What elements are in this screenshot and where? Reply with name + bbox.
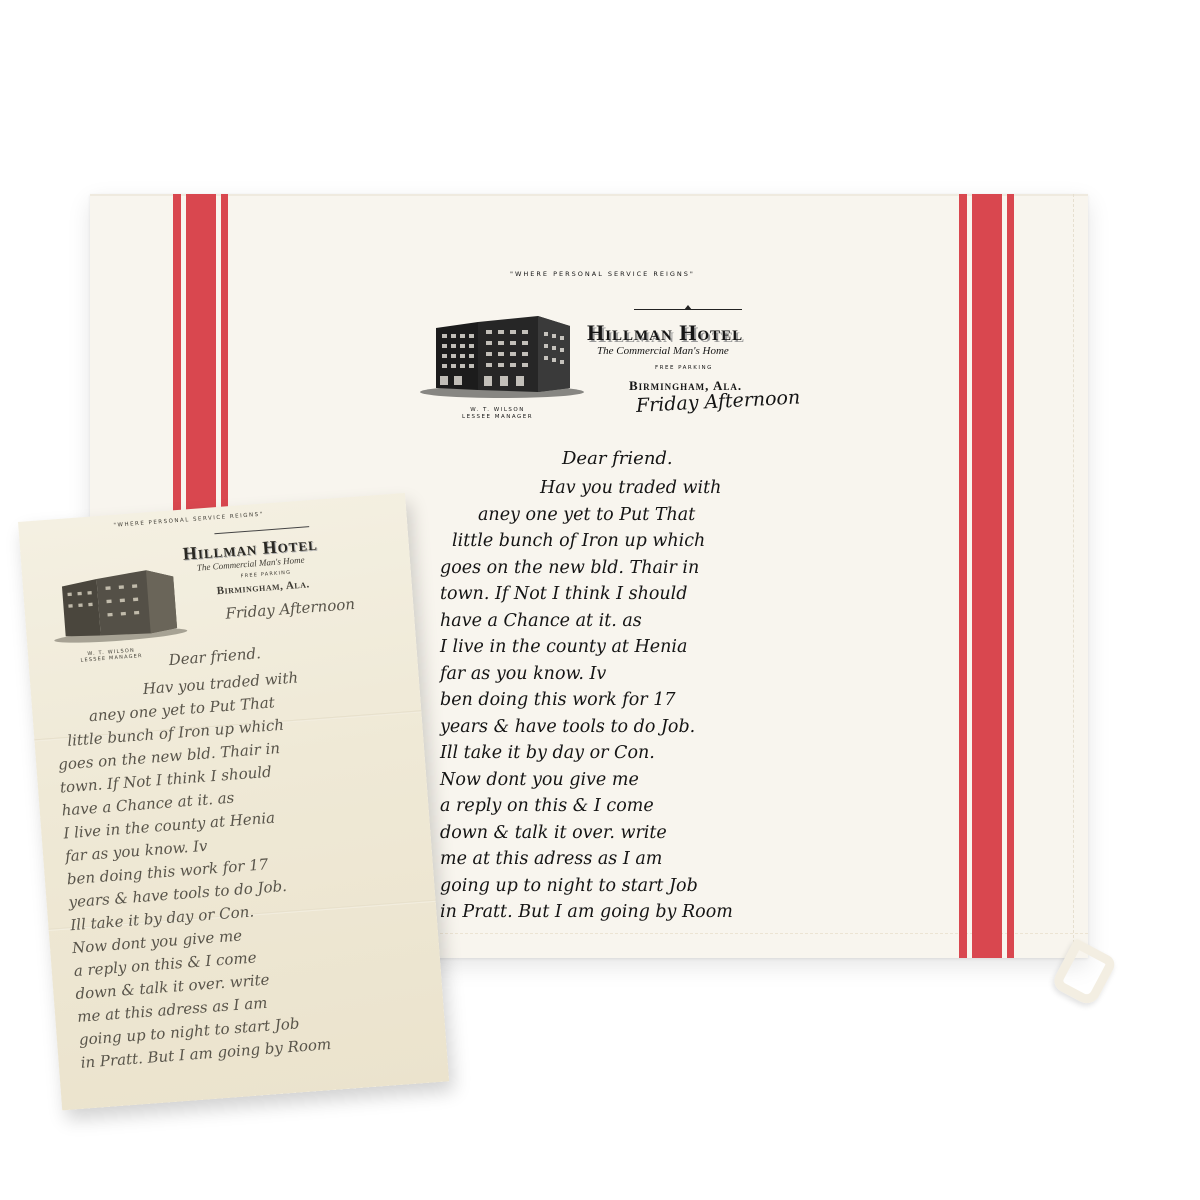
paper-letterhead-tagline: "WHERE PERSONAL SERVICE REIGNS" (113, 512, 264, 529)
letter-line: aney one yet to Put That (440, 502, 830, 529)
letter-line: have a Chance at it. as (440, 608, 830, 635)
letter-salutation: Dear friend. (562, 448, 673, 469)
paper-hotel-building-illustration (45, 550, 192, 652)
manager-title: LESSEE MANAGER (462, 414, 533, 421)
manager-name: W. T. WILSON (462, 407, 533, 414)
letter-line: in Pratt. But I am going by Room (440, 899, 830, 926)
letterhead-ornament (634, 306, 742, 312)
letter-line: Now dont you give me (440, 767, 830, 794)
letter-line: little bunch of Iron up which (440, 528, 830, 555)
towel-hem-top (90, 194, 1088, 196)
paper-free-parking-label: FREE PARKING (240, 570, 291, 580)
letter-line: going up to night to start Job (440, 873, 830, 900)
letter-line: down & talk it over. write (440, 820, 830, 847)
towel-hem-right (1073, 194, 1074, 958)
hotel-building-illustration (418, 300, 586, 400)
hotel-name: Hillman Hotel (587, 320, 743, 346)
red-stripe-right (959, 194, 1019, 958)
letterhead-tagline: "WHERE PERSONAL SERVICE REIGNS" (510, 270, 695, 278)
letter-line: me at this adress as I am (440, 846, 830, 873)
original-letter-paper: "WHERE PERSONAL SERVICE REIGNS" Hillman … (18, 493, 449, 1110)
letter-line: town. If Not I think I should (440, 581, 830, 608)
paper-letter-date: Friday Afternoon (225, 595, 356, 623)
letter-line: goes on the new bld. Thair in (440, 555, 830, 582)
letter-body-printed: Hav you traded withaney one yet to Put T… (440, 475, 830, 926)
letter-line: Hav you traded with (440, 475, 830, 502)
paper-letter-body: Hav you traded withaney one yet to Put T… (52, 658, 440, 1075)
letter-line: far as you know. Iv (440, 661, 830, 688)
paper-letter-salutation: Dear friend. (168, 644, 261, 669)
paper-letterhead-ornament (214, 526, 309, 534)
letter-line: Ill take it by day or Con. (440, 740, 830, 767)
manager-credit: W. T. WILSON LESSEE MANAGER (462, 407, 533, 421)
hotel-slogan: The Commercial Man's Home (597, 345, 729, 357)
free-parking-label: FREE PARKING (655, 365, 713, 371)
letter-line: I live in the county at Henia (440, 634, 830, 661)
letter-line: ben doing this work for 17 (440, 687, 830, 714)
paper-hotel-city: Birmingham, Ala. (216, 578, 310, 597)
letter-line: years & have tools to do Job. (440, 714, 830, 741)
paper-manager-credit: W. T. WILSON LESSEE MANAGER (80, 647, 143, 664)
letter-line: a reply on this & I come (440, 793, 830, 820)
